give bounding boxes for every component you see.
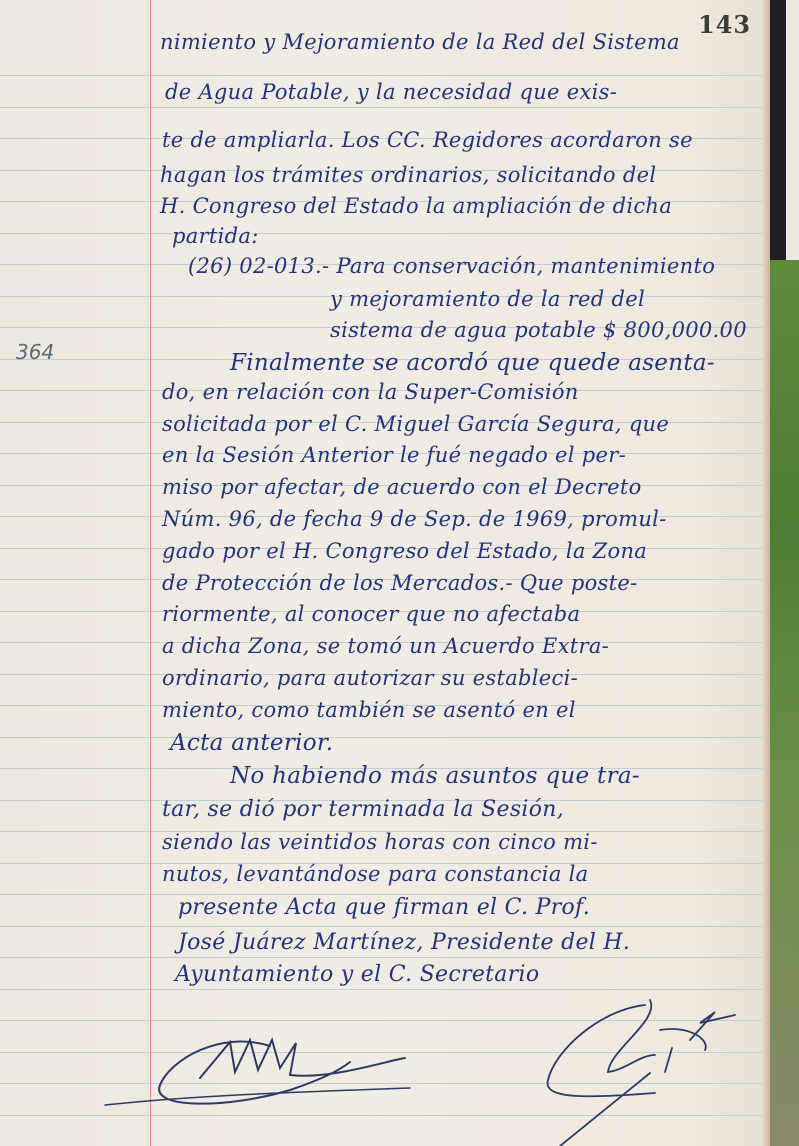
- ledger-page: 143 364 nimiento y Mejoramiento de la Re…: [0, 0, 770, 1146]
- background-foliage: [770, 260, 799, 1146]
- book-spine: [770, 0, 786, 260]
- signature-president: [105, 1040, 410, 1105]
- signatures: [0, 0, 770, 1146]
- signature-secretary: [547, 1000, 735, 1146]
